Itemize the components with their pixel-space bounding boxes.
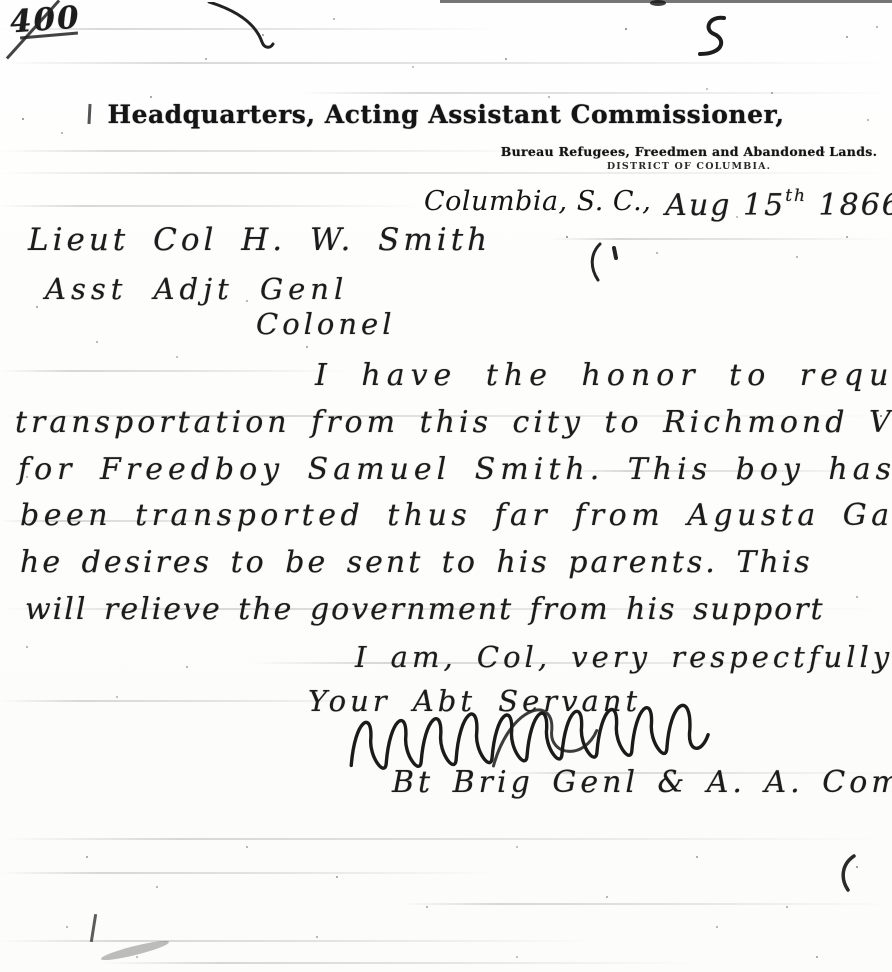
scan-streak [0,370,350,372]
scan-streak [0,205,420,207]
scanned-letter-page: 400 Headquarters, Acting Assistant Commi… [0,0,892,972]
dateline-date: Aug 15th 1866. [665,186,892,223]
ink-blot [650,0,666,6]
ink-mark-stroke [90,914,97,942]
scan-noise-specks [0,0,2,2]
letterhead-title: Headquarters, Acting Assistant Commissio… [0,100,892,129]
scan-streak [0,172,892,174]
ink-mark-curl [205,2,277,54]
dateline-ordinal: th [785,186,807,206]
recipient-name-line: Lieut Col H. W. Smith [28,222,491,258]
scan-edge-line [440,0,892,3]
scan-streak [0,62,892,64]
dateline-year: 1866. [819,188,892,223]
ink-mark-s-curve [692,14,736,62]
dateline-place: Columbia, S. C., [424,186,651,217]
letterhead-bureau-block: Bureau Refugees, Freedmen and Abandoned … [498,144,880,172]
closing-servant-line: Your Abt Servant [308,684,641,718]
scan-streak [300,92,892,94]
signer-title-line: Bt Brig Genl & A. A. Commr [392,765,892,800]
recipient-title-line: Asst Adjt Genl [45,272,348,306]
scan-streak [400,903,892,905]
scan-streak [0,838,892,840]
dateline-day: Aug 15 [665,188,785,223]
salutation: Colonel [256,307,396,341]
scan-streak [100,962,700,964]
body-line: for Freedboy Samuel Smith. This boy has [18,452,892,487]
scan-streak [550,238,892,240]
body-line: will relieve the government from his sup… [25,592,825,627]
body-line: I have the honor to request [315,358,892,393]
body-line: been transported thus far from Agusta Ga… [20,498,892,533]
scan-streak [0,940,600,942]
dateline: Columbia, S. C., Aug 15th 1866. [424,186,892,223]
ink-smudge [100,938,170,964]
letterhead-bureau-line: Bureau Refugees, Freedmen and Abandoned … [498,144,880,159]
scan-streak [0,872,500,874]
ink-mark-paren [582,242,634,284]
closing-respectfully-line: I am, Col, very respectfully [355,640,892,674]
ink-mark-curl-right [838,854,860,894]
letterhead-district-line: District of Columbia. [498,161,880,172]
body-line: he desires to be sent to his parents. Th… [20,545,813,580]
scan-streak [0,150,560,152]
body-line: transportation from this city to Richmon… [15,405,892,440]
